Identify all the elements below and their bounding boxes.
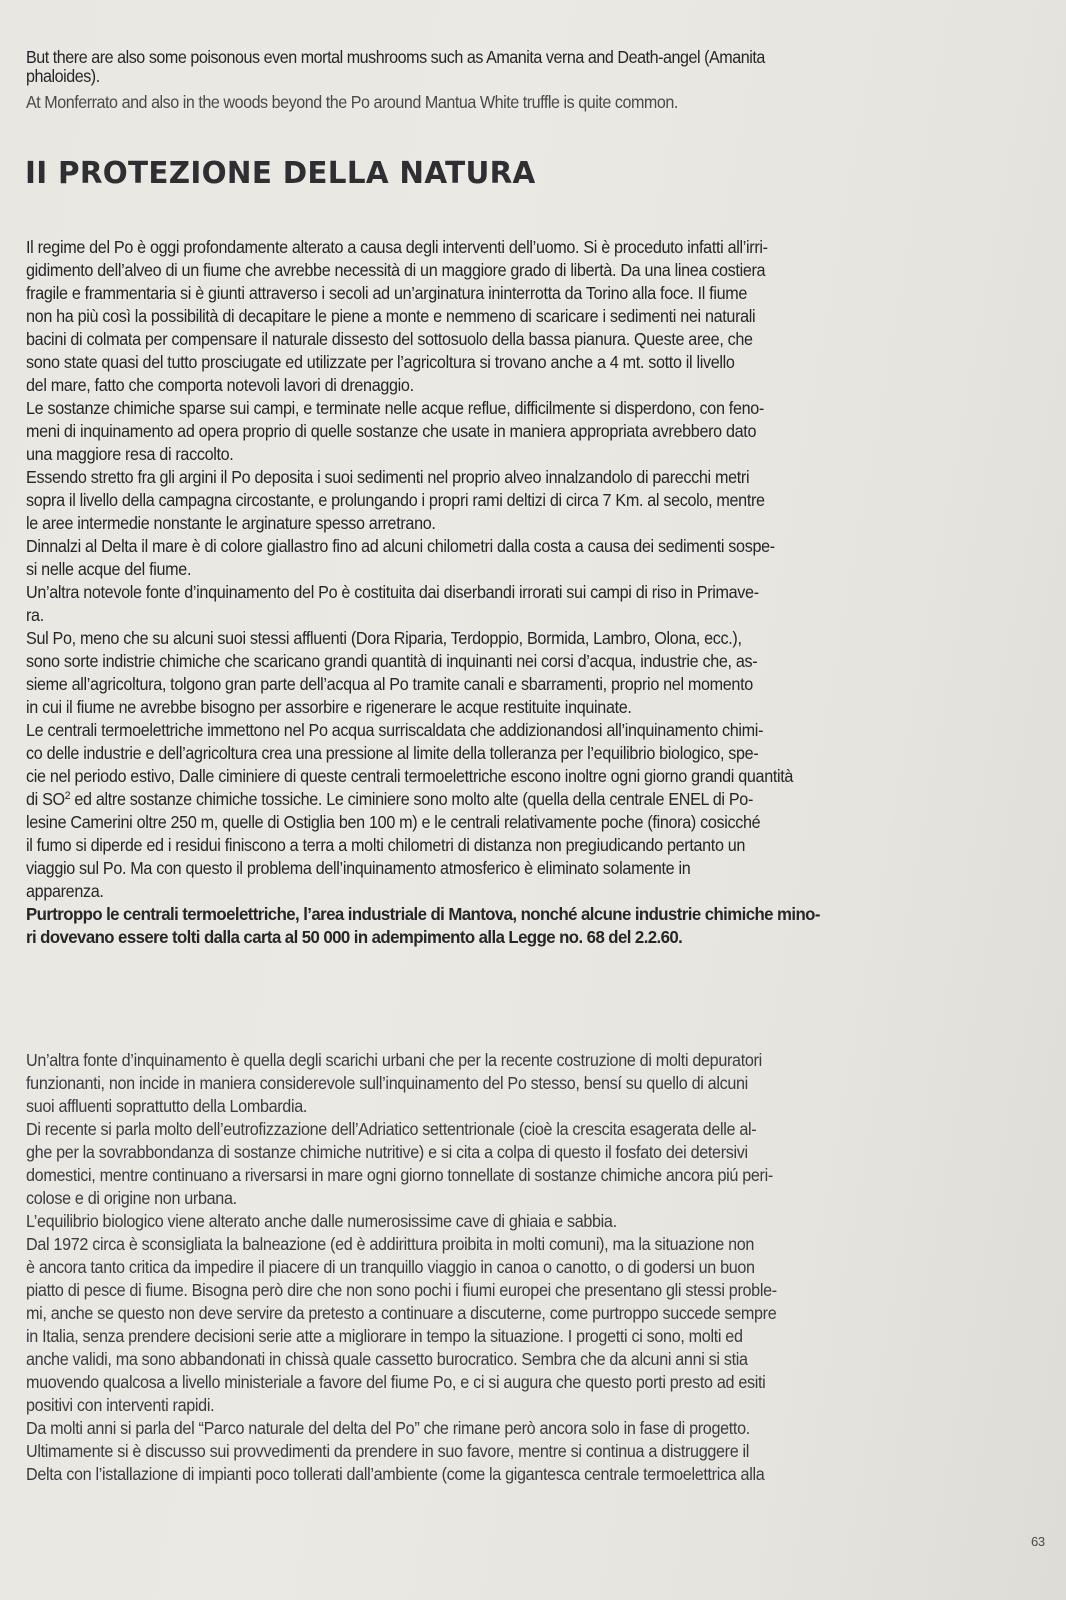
page-number: 63 [1031, 1534, 1045, 1549]
text-line: ghe per la sovrabbondanza di sostanze ch… [26, 1141, 975, 1164]
text-line: domestici, mentre continuano a riversars… [26, 1164, 975, 1187]
text-line: phaloides). [26, 65, 955, 88]
text-line: una maggiore resa di raccolto. [26, 443, 975, 466]
text-line: sieme all’agricoltura, tolgono gran part… [26, 673, 975, 696]
text-line: gidimento dell’alveo di un fiume che avr… [26, 259, 975, 282]
text-line: sopra il livello della campagna circosta… [26, 489, 975, 512]
text-line: fragile e frammentaria si è giunti attra… [26, 282, 975, 305]
text-line: in cui il fiume ne avrebbe bisogno per a… [26, 696, 975, 719]
text-line: Un’altra notevole fonte d’inquinamento d… [26, 581, 975, 604]
text-line: non ha più così la possibilità di decapi… [26, 305, 975, 328]
text-line: Il regime del Po è oggi profondamente al… [26, 236, 975, 259]
so2-before: di SO [26, 789, 65, 809]
text-line: il fumo si diperde ed i residui finiscon… [26, 834, 975, 857]
text-line: Purtroppo le centrali termoelettriche, l… [26, 903, 996, 926]
text-line: si nelle acque del fiume. [26, 558, 975, 581]
text-line: è ancora tanto critica da impedire il pi… [26, 1256, 975, 1279]
intro-paragraph: But there are also some poisonous even m… [26, 46, 1036, 114]
body-section-1: Il regime del Po è oggi profondamente al… [26, 236, 1036, 949]
text-line: apparenza. [26, 880, 975, 903]
text-line: viaggio sul Po. Ma con questo il problem… [26, 857, 975, 880]
text-line: sono state quasi del tutto prosciugate e… [26, 351, 975, 374]
text-line: in Italia, senza prendere decisioni seri… [26, 1325, 975, 1348]
text-line: positivi con interventi rapidi. [26, 1394, 975, 1417]
text-line: L’equilibrio biologico viene alterato an… [26, 1210, 975, 1233]
text-line: Le sostanze chimiche sparse sui campi, e… [26, 397, 975, 420]
text-line: le aree intermedie nonstante le arginatu… [26, 512, 975, 535]
text-line: suoi affluenti soprattutto della Lombard… [26, 1095, 975, 1118]
text-line: anche validi, ma sono abbandonati in chi… [26, 1348, 975, 1371]
text-line: muovendo qualcosa a livello ministeriale… [26, 1371, 975, 1394]
text-line: Le centrali termoelettriche immettono ne… [26, 719, 975, 742]
text-line: At Monferrato and also in the woods beyo… [26, 91, 955, 114]
text-line: meni di inquinamento ad opera proprio di… [26, 420, 975, 443]
text-line: del mare, fatto che comporta notevoli la… [26, 374, 975, 397]
text-line: mi, anche se questo non deve servire da … [26, 1302, 975, 1325]
text-line: ra. [26, 604, 975, 627]
text-line: Sul Po, meno che su alcuni suoi stessi a… [26, 627, 975, 650]
text-line: Delta con l’istallazione di impianti poc… [26, 1463, 975, 1486]
section-heading: II PROTEZIONE DELLA NATURA [25, 156, 536, 191]
text-line: funzionanti, non incide in maniera consi… [26, 1072, 975, 1095]
text-line-so2: di SO2 ed altre sostanze chimiche tossic… [26, 788, 975, 811]
text-line: ri dovevano essere tolti dalla carta al … [26, 926, 996, 949]
text-line: sono sorte indistrie chimiche che scaric… [26, 650, 975, 673]
text-line: Un’altra fonte d’inquinamento è quella d… [26, 1049, 975, 1072]
text-line: Di recente si parla molto dell’eutrofizz… [26, 1118, 975, 1141]
text-line: Dinnalzi al Delta il mare è di colore gi… [26, 535, 975, 558]
book-page: But there are also some poisonous even m… [0, 0, 1066, 1600]
text-line: bacini di colmata per compensare il natu… [26, 328, 975, 351]
text-line: piatto di pesce di fiume. Bisogna però d… [26, 1279, 975, 1302]
text-line: colose e di origine non urbana. [26, 1187, 975, 1210]
text-line: Da molti anni si parla del “Parco natura… [26, 1417, 975, 1440]
body-section-2: Un’altra fonte d’inquinamento è quella d… [26, 1049, 1036, 1486]
text-line: Ultimamente si è discusso sui provvedime… [26, 1440, 975, 1463]
text-line: co delle industrie e dell’agricoltura cr… [26, 742, 975, 765]
text-line: cie nel periodo estivo, Dalle ciminiere … [26, 765, 975, 788]
text-line: lesine Camerini oltre 250 m, quelle di O… [26, 811, 975, 834]
so2-after: ed altre sostanze chimiche tossiche. Le … [70, 789, 753, 809]
text-line: Essendo stretto fra gli argini il Po dep… [26, 466, 975, 489]
text-line: Dal 1972 circa è sconsigliata la balneaz… [26, 1233, 975, 1256]
bold-note: Purtroppo le centrali termoelettriche, l… [26, 903, 1036, 949]
